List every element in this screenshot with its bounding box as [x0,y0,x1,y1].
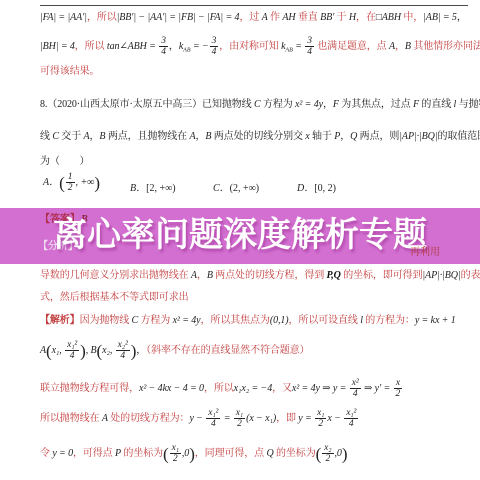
solution-line-4: 所以抛物线在 A 处的切线方程为：y − x₁²4 = x₁2(x − x₁)，… [40,408,359,430]
solution-line-3: 联立抛物线方程可得，x² − 4kx − 4 = 0，所以x₁x₂ = −4，又… [40,378,403,400]
banner-right-text: 再利用 [410,243,440,258]
question-8-line-1: 8.（2020·山西太原市·太原五中高三）已知抛物线 C 方程为 x² = 4y… [40,99,480,112]
option-c: C．(2, +∞) [213,179,259,194]
option-d: D．[0, 2) [297,179,336,194]
option-a: A．(12, +∞) [43,172,100,194]
solution-line-5: 令 y = 0，可得点 P 的坐标为(x₁2,0)，同理可得，点 Q 的坐标为(… [40,443,347,465]
solution-line-2: A(x₁, x₁²4), B(x₂, x₂²4)，（斜率不存在的直线显然不符合题… [40,340,309,362]
prev-solution-line-1: |FA| = |AA′|，所以|BB′| − |AA′| = |FB| − |F… [40,12,467,25]
option-b: B．[2, +∞) [130,179,176,194]
question-8-line-3: 为（ ） [40,156,90,169]
analysis-line-1: 导数的几何意义分别求出抛物线在 A，B 两点处的切线方程，得到 P,Q 的坐标，… [40,270,480,283]
prev-solution-line-2: |BH| = 4，所以 tan∠ABH = 34，kAB = −34，由对称可知… [40,36,480,58]
solution-line-1: 【解析】因为抛物线 C 方程为 x² = 4y，所以其焦点为(0,1)，所以可设… [40,315,456,328]
prev-solution-line-3: 可得该结果。 [40,66,99,79]
math-document-page: |FA| = |AA′|，所以|BB′| − |AA′| = |FB| − |F… [0,0,480,480]
analysis-line-2: 式，然后根据基本不等式即可求出 [40,292,189,305]
question-8-line-2: 线 C 交于 A，B 两点，且抛物线在 A，B 两点处的切线分别交 x 轴于 P… [40,131,480,144]
promo-banner: 【答案】B 【分析】 离心率问题深度解析专题 再利用 [0,208,480,264]
banner-title: 离心率问题深度解析专题 [0,217,480,254]
top-divider-line [40,5,468,6]
